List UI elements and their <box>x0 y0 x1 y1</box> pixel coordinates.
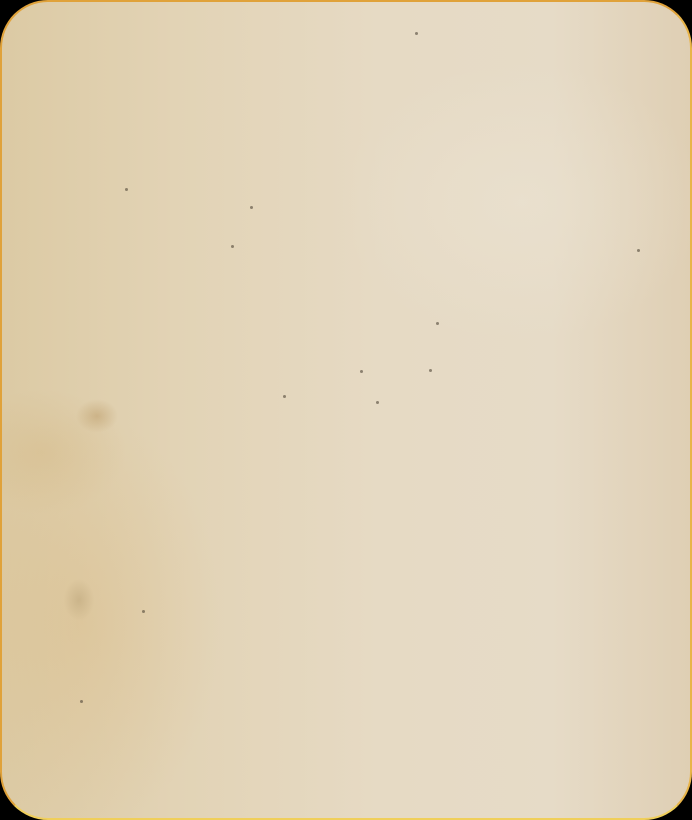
paper-speck <box>231 245 234 248</box>
paper-speck <box>283 395 286 398</box>
paper-speck <box>80 700 83 703</box>
paper-speck <box>360 370 363 373</box>
paper-speck <box>637 249 640 252</box>
paper-speck <box>376 401 379 404</box>
paper-speck <box>436 322 439 325</box>
aged-paper-card <box>0 0 692 820</box>
paper-speck <box>429 369 432 372</box>
paper-speck <box>250 206 253 209</box>
paper-speck <box>142 610 145 613</box>
paper-speck <box>125 188 128 191</box>
paper-speck <box>415 32 418 35</box>
